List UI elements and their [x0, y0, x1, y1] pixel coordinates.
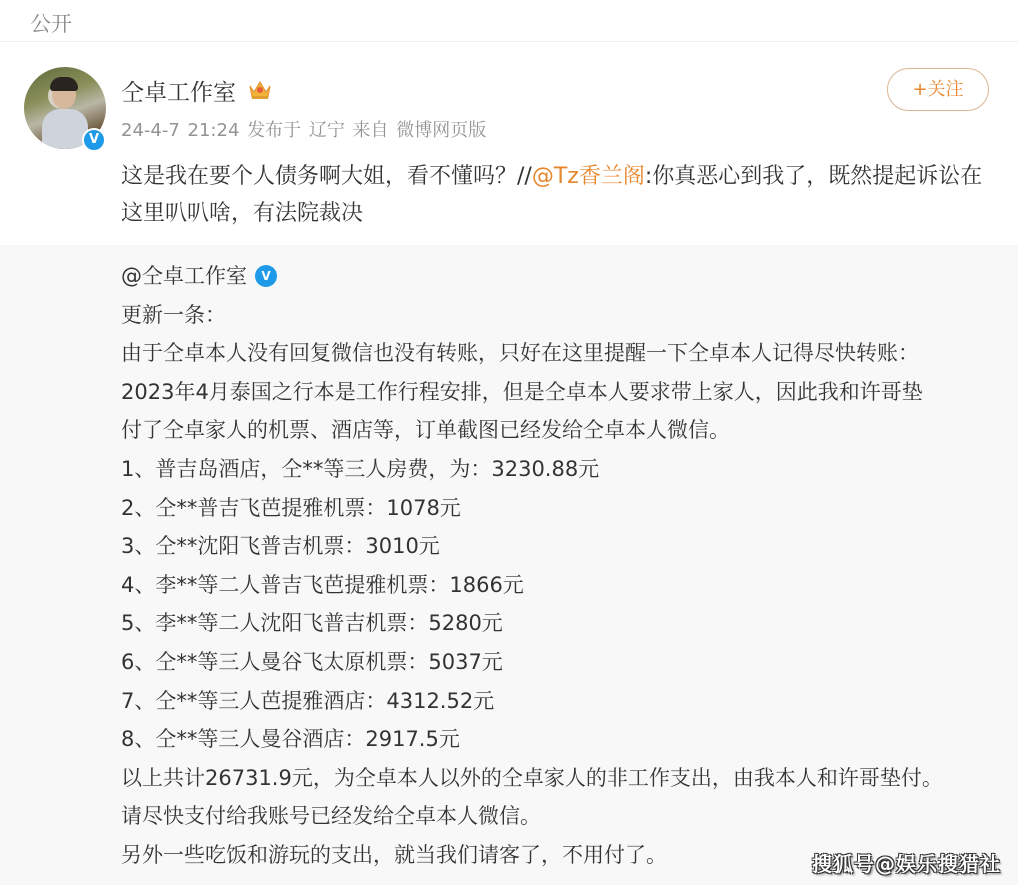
- repost-author-link[interactable]: @仝卓工作室: [121, 257, 247, 296]
- post-text: 这是我在要个人债务啊大姐，看不懂吗？//@Tz香兰阁:你真恶心到我了，既然提起诉…: [121, 158, 1001, 232]
- visibility-label: 公开: [30, 8, 72, 38]
- repost-line: 由于仝卓本人没有回复微信也没有转账，只好在这里提醒一下仝卓本人记得尽快转账：: [121, 334, 1011, 373]
- repost-line: 以上共计26731.9元，为仝卓本人以外的仝卓家人的非工作支出，由我本人和许哥垫…: [121, 759, 1011, 798]
- expense-item: 6、仝**等三人曼谷飞太原机票：5037元: [121, 643, 1011, 682]
- mention-link[interactable]: @Tz香兰阁: [532, 164, 645, 189]
- avatar-figure: [42, 109, 88, 149]
- follow-button[interactable]: +关注: [887, 68, 989, 111]
- watermark: 搜狐号@娱乐搜猎社: [812, 848, 1001, 877]
- expense-item: 1、普吉岛酒店，仝**等三人房费，为：3230.88元: [121, 450, 1011, 489]
- repost-line: 2023年4月泰国之行本是工作行程安排，但是仝卓本人要求带上家人，因此我和许哥垫: [121, 373, 1011, 412]
- repost-author-row: @仝卓工作室 V: [121, 257, 1011, 296]
- crown-member-icon: [248, 78, 272, 100]
- expense-item: 8、仝**等三人曼谷酒店：2917.5元: [121, 720, 1011, 759]
- verified-v-icon: V: [82, 128, 106, 152]
- repost-line: 更新一条：: [121, 296, 1011, 335]
- repost-content: @仝卓工作室 V 更新一条： 由于仝卓本人没有回复微信也没有转账，只好在这里提醒…: [121, 257, 1011, 875]
- repost-card[interactable]: @仝卓工作室 V 更新一条： 由于仝卓本人没有回复微信也没有转账，只好在这里提醒…: [0, 245, 1018, 885]
- repost-line: 请尽快支付给我账号已经发给仝卓本人微信。: [121, 797, 1011, 836]
- verified-v-icon: V: [255, 265, 277, 287]
- visibility-bar: 公开: [0, 0, 1018, 42]
- expense-item: 4、李**等二人普吉飞芭提雅机票：1866元: [121, 566, 1011, 605]
- post-meta: 24-4-7 21:24 发布于 辽宁 来自 微博网页版: [121, 116, 486, 142]
- expense-item: 2、仝**普吉飞芭提雅机票：1078元: [121, 489, 1011, 528]
- expense-item: 5、李**等二人沈阳飞普吉机票：5280元: [121, 604, 1011, 643]
- avatar-hair: [50, 77, 78, 91]
- post-text-part: 这是我在要个人债务啊大姐，看不懂吗？//: [121, 164, 532, 189]
- expense-item: 3、仝**沈阳飞普吉机票：3010元: [121, 527, 1011, 566]
- author-name[interactable]: 仝卓工作室: [121, 74, 236, 107]
- repost-line: 付了仝卓家人的机票、酒店等，订单截图已经发给仝卓本人微信。: [121, 411, 1011, 450]
- expense-item: 7、仝**等三人芭提雅酒店：4312.52元: [121, 682, 1011, 721]
